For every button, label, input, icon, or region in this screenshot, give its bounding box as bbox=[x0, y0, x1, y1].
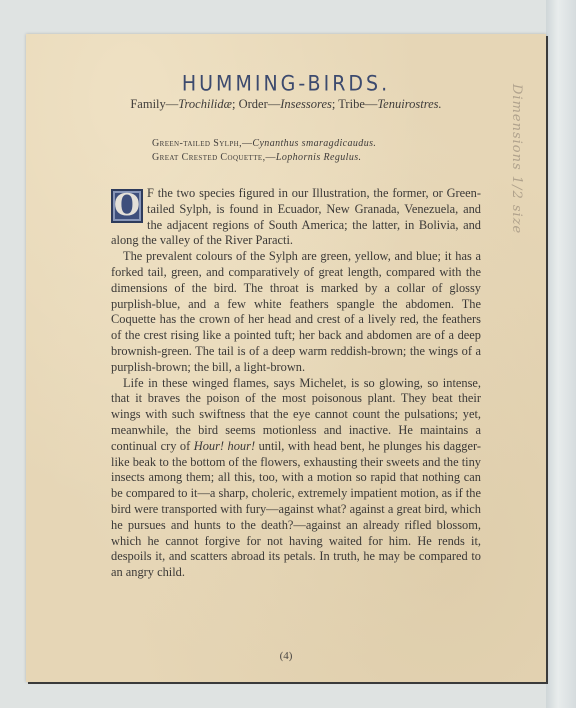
species-separator: — bbox=[242, 138, 252, 149]
order-label: ; Order— bbox=[232, 97, 280, 111]
article-body: OF the two species figured in our Illust… bbox=[111, 186, 481, 581]
scan-background-sleeve bbox=[546, 0, 576, 708]
tribe-name: Tenuirostres. bbox=[377, 97, 441, 111]
paragraph-3: Life in these winged flames, says Michel… bbox=[111, 376, 481, 581]
species-common-name: Great Crested Coquette, bbox=[152, 152, 265, 163]
paragraph-1-text: F the two species figured in our Illustr… bbox=[111, 186, 481, 247]
document-page: HUMMING-BIRDS. Family—Trochilidæ; Order—… bbox=[26, 34, 546, 682]
tribe-label: ; Tribe— bbox=[332, 97, 378, 111]
page-title: HUMMING-BIRDS. bbox=[26, 72, 546, 96]
family-label: Family— bbox=[130, 97, 178, 111]
species-line-sylph: Green-tailed Sylph,—Cynanthus smaragdica… bbox=[152, 138, 376, 149]
species-separator: — bbox=[265, 152, 275, 163]
paragraph-2: The prevalent colours of the Sylph are g… bbox=[111, 249, 481, 375]
pencil-annotation: Dimensions 1/2 size bbox=[502, 84, 524, 314]
species-latin-name: Lophornis Regulus. bbox=[276, 152, 362, 163]
page-number: (4) bbox=[26, 650, 546, 662]
order-name: Insessores bbox=[280, 97, 332, 111]
taxonomy-line: Family—Trochilidæ; Order—Insessores; Tri… bbox=[26, 97, 546, 112]
ornamental-dropcap-icon: O bbox=[111, 189, 143, 223]
species-line-coquette: Great Crested Coquette,—Lophornis Regulu… bbox=[152, 152, 361, 163]
species-common-name: Green-tailed Sylph, bbox=[152, 138, 242, 149]
family-name: Trochilidæ bbox=[178, 97, 232, 111]
paragraph-3-text-b: until, with head bent, he plunges his da… bbox=[111, 439, 481, 579]
paragraph-1: OF the two species figured in our Illust… bbox=[111, 186, 481, 249]
species-latin-name: Cynanthus smaragdicaudus. bbox=[252, 138, 376, 149]
paragraph-3-cry: Hour! hour! bbox=[194, 439, 255, 453]
